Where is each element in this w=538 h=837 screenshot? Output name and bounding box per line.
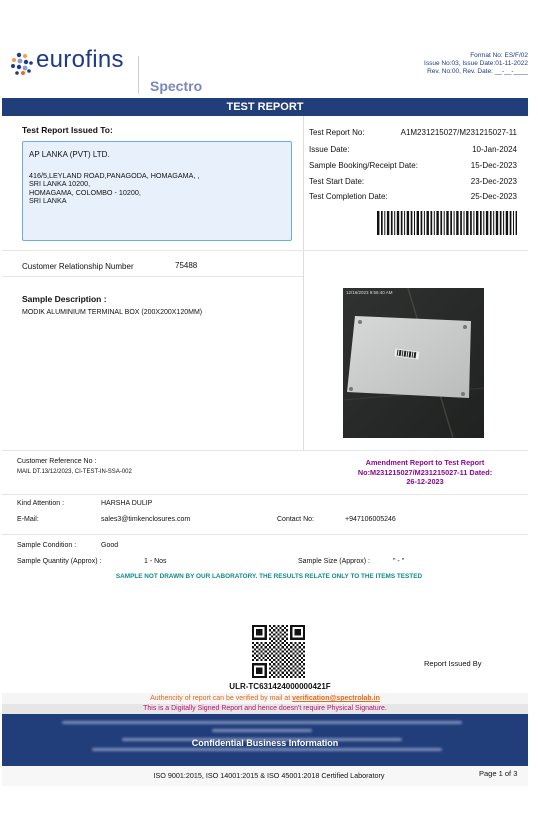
quantity-value: 1 - Nos [144,558,167,565]
row-divider [2,276,303,277]
address-line: SRI LANKA [29,197,285,206]
info-row-report-no: Test Report No: A1M231215027/M231215027-… [309,128,517,137]
blurred-text [92,748,442,751]
amendment-line: 26-12-2023 [330,477,520,487]
attention-value: HARSHA DULIP [101,500,152,507]
row-divider [2,494,528,495]
sample-photo-image [343,288,484,438]
blurred-text [212,729,312,732]
eurofins-logo-icon [10,52,34,76]
report-issued-by: Report Issued By [424,659,482,668]
ulr-number: ULR-TC631424000000421F [200,682,360,691]
info-label: Issue Date: [309,145,349,154]
amendment-line: Amendment Report to Test Report [330,458,520,468]
sub-brand: Spectro [150,78,202,94]
info-label: Test Completion Date: [309,192,388,201]
address-line: HOMAGAMA, COLOMBO - 10200, [29,189,285,198]
brand-name: eurofins [36,46,124,74]
sample-description-label: Sample Description : [22,294,107,304]
condition-label: Sample Condition : [17,542,76,549]
authenticity-note: Authencity of report can be verified by … [2,693,528,704]
customer-reference-label: Customer Reference No : [17,458,96,465]
customer-reference-value: MAIL DT.13/12/2023, CI-TEST-IN-SSA-002 [17,469,132,475]
verification-email-link[interactable]: verification@spectrolab.in [292,695,380,702]
format-no: Format No: ES/F/02 [424,52,528,60]
amendment-note: Amendment Report to Test Report No:M2312… [330,458,520,487]
format-info: Format No: ES/F/02 Issue No:03, Issue Da… [424,52,528,76]
info-value: 15-Dec-2023 [471,161,517,170]
email-value[interactable]: sales3@timkenclosures.com [101,516,190,523]
attention-label: Kind Attention : [17,500,64,507]
info-value: A1M231215027/M231215027-11 [401,128,517,137]
address-box: AP LANKA (PVT) LTD. 416/5,LEYLAND ROAD,P… [22,141,292,241]
amendment-line: No:M231215027/M231215027-11 Dated: [330,468,520,478]
row-divider [2,534,528,535]
info-value: 25-Dec-2023 [471,192,517,201]
logo-divider [138,56,139,94]
report-title-banner: TEST REPORT [2,98,528,116]
page-number: Page 1 of 3 [479,769,517,778]
contact-value: +947106005246 [345,516,396,523]
relationship-value: 75488 [175,261,197,270]
sample-photo: 12/16/2023 9:56:40 AM [343,288,484,438]
info-value: 10-Jan-2024 [472,145,517,154]
condition-value: Good [101,542,118,549]
info-label: Test Report No: [309,128,365,137]
info-value: 23-Dec-2023 [471,177,517,186]
info-row-receipt-date: Sample Booking/Receipt Date: 15-Dec-2023 [309,161,517,170]
size-label: Sample Size (Approx) : [298,558,370,565]
info-row-completion-date: Test Completion Date: 25-Dec-2023 [309,192,517,201]
digital-signature-note: This is a Digitally Signed Report and he… [2,704,528,714]
size-value: " - " [393,558,404,565]
sample-description-value: MODIK ALUMINIUM TERMINAL BOX (200X200X12… [22,309,202,316]
issued-to-label: Test Report Issued To: [22,125,113,135]
quantity-label: Sample Quantity (Approx) : [17,558,101,565]
relationship-label: Customer Relationship Number [22,262,134,271]
info-label: Test Start Date: [309,177,364,186]
row-divider [2,250,528,251]
authenticity-text: Authencity of report can be verified by … [150,695,292,702]
info-row-start-date: Test Start Date: 23-Dec-2023 [309,177,517,186]
contact-label: Contact No: [277,516,314,523]
company-name: AP LANKA (PVT) LTD. [29,151,285,160]
email-label: E-Mail: [17,516,39,523]
qr-code-icon [252,625,305,678]
blurred-text [62,721,462,724]
issue-line: Issue No:03, Issue Date:01-11-2022 [424,60,528,68]
row-divider [2,450,528,451]
info-row-issue-date: Issue Date: 10-Jan-2024 [309,145,517,154]
footer-banner: Confidential Business Information [2,714,528,766]
iso-certification: ISO 9001:2015, ISO 14001:2015 & ISO 4500… [0,771,538,780]
confidential-label: Confidential Business Information [2,738,528,748]
barcode-icon [377,211,517,235]
laboratory-note: SAMPLE NOT DRAWN BY OUR LABORATORY. THE … [0,573,538,580]
photo-timestamp: 12/16/2023 9:56:40 AM [346,290,393,295]
rev-line: Rev. No:00, Rev. Date: __-__-____ [424,68,528,76]
column-divider [303,116,304,450]
info-label: Sample Booking/Receipt Date: [309,161,418,170]
